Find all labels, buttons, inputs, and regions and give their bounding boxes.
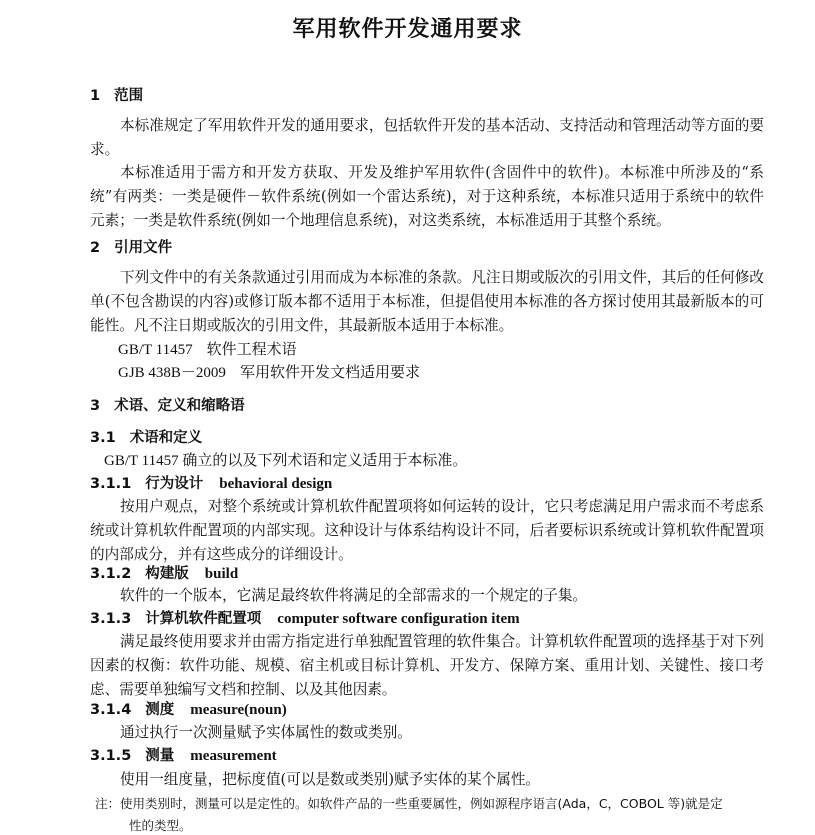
section-1-paragraph-2: 本标准适用于需方和开发方获取、开发及维护军用软件(含固件中的软件)。本标准中所涉…	[90, 161, 764, 233]
term-3-1-3-heading: 3.1.3计算机软件配置项computer software configura…	[90, 609, 520, 629]
term-en: measure(noun)	[190, 702, 286, 718]
reference-code: GJB 438B－2009	[118, 363, 226, 383]
section-1-paragraph-1: 本标准规定了军用软件开发的通用要求，包括软件开发的基本活动、支持活动和管理活动等…	[90, 114, 764, 162]
reference-item: GJB 438B－2009军用软件开发文档适用要求	[118, 363, 420, 383]
section-number: 2	[90, 238, 100, 258]
term-zh: 测量	[145, 748, 174, 764]
term-3-1-1-heading: 3.1.1行为设计behavioral design	[90, 474, 332, 494]
section-1-heading: 1范围	[90, 86, 143, 106]
term-zh: 构建版	[145, 566, 189, 582]
term-3-1-5-note: 注：使用类别时，测量可以是定性的。如软件产品的一些重要属性，例如源程序语言(Ad…	[95, 793, 775, 835]
term-zh: 行为设计	[145, 476, 203, 492]
section-title: 引用文件	[114, 240, 172, 256]
term-3-1-3-definition: 满足最终使用要求并由需方指定进行单独配置管理的软件集合。计算机软件配置项的选择基…	[90, 630, 764, 702]
term-zh: 计算机软件配置项	[145, 611, 261, 627]
section-title: 术语、定义和缩略语	[114, 398, 245, 414]
note-text: 使用类别时，测量可以是定性的。如软件产品的一些重要属性，例如源程序语言(Ada，…	[120, 796, 723, 811]
section-2-heading: 2引用文件	[90, 238, 172, 258]
note-label: 注：	[95, 796, 120, 811]
term-zh: 测度	[145, 702, 174, 718]
term-number: 3.1.2	[90, 564, 131, 584]
section-title: 范围	[114, 88, 143, 104]
term-number: 3.1.4	[90, 700, 131, 720]
reference-title: 软件工程术语	[207, 342, 297, 358]
subsection-3-1-intro: GB/T 11457 确立的以及下列术语和定义适用于本标准。	[104, 451, 467, 471]
subsection-3-1-heading: 3.1术语和定义	[90, 428, 202, 448]
term-number: 3.1.1	[90, 474, 131, 494]
term-en: measurement	[190, 748, 276, 764]
note-text-continued: 性的类型。	[95, 815, 775, 835]
reference-item: GB/T 11457软件工程术语	[118, 340, 297, 360]
subsection-number: 3.1	[90, 428, 116, 448]
section-number: 1	[90, 86, 100, 106]
term-en: computer software configuration item	[277, 611, 519, 627]
term-3-1-1-definition: 按用户观点，对整个系统或计算机软件配置项将如何运转的设计，它只考虑满足用户需求而…	[90, 495, 764, 567]
term-number: 3.1.3	[90, 609, 131, 629]
term-3-1-4-definition: 通过执行一次测量赋予实体属性的数或类别。	[90, 721, 764, 745]
reference-title: 军用软件开发文档适用要求	[240, 365, 420, 381]
reference-code: GB/T 11457	[118, 340, 193, 360]
term-3-1-4-heading: 3.1.4测度measure(noun)	[90, 700, 287, 720]
term-number: 3.1.5	[90, 746, 131, 766]
term-en: build	[205, 566, 238, 582]
document-title: 军用软件开发通用要求	[0, 12, 815, 43]
subsection-title: 术语和定义	[130, 430, 203, 446]
term-en: behavioral design	[219, 476, 332, 492]
document-page: 军用软件开发通用要求 1范围 本标准规定了军用软件开发的通用要求，包括软件开发的…	[0, 0, 815, 835]
section-3-heading: 3术语、定义和缩略语	[90, 396, 245, 416]
section-number: 3	[90, 396, 100, 416]
term-3-1-5-heading: 3.1.5测量measurement	[90, 746, 277, 766]
term-3-1-2-definition: 软件的一个版本，它满足最终软件将满足的全部需求的一个规定的子集。	[90, 584, 764, 608]
term-3-1-2-heading: 3.1.2构建版build	[90, 564, 238, 584]
section-2-paragraph-1: 下列文件中的有关条款通过引用而成为本标准的条款。凡注日期或版次的引用文件，其后的…	[90, 266, 764, 338]
term-3-1-5-definition: 使用一组度量，把标度值(可以是数或类别)赋予实体的某个属性。	[90, 768, 764, 792]
